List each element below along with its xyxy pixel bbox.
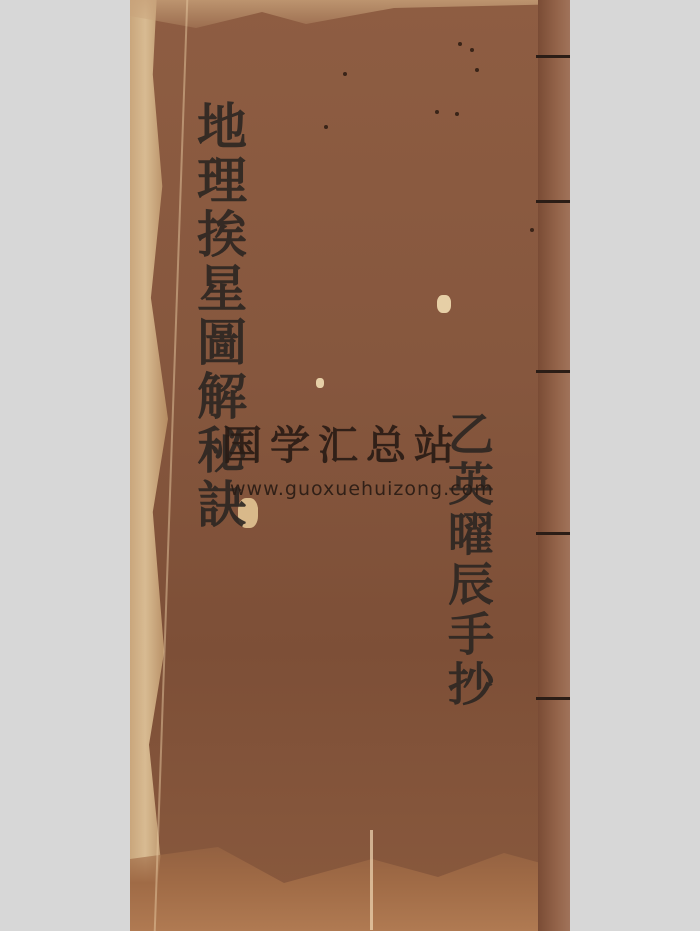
binding-thread <box>536 697 570 700</box>
watermark-site-name: 国学汇总站 <box>222 422 494 470</box>
binding-spine <box>538 0 570 931</box>
worm-hole <box>470 48 474 52</box>
worm-hole <box>435 110 439 114</box>
worm-hole <box>458 42 462 46</box>
binding-thread <box>536 370 570 373</box>
worm-hole <box>316 378 324 388</box>
worm-hole <box>437 295 451 313</box>
binding-thread <box>536 55 570 58</box>
watermark: 国学汇总站 www.guoxuehuizong.com <box>222 422 494 500</box>
binding-thread <box>536 200 570 203</box>
worm-hole <box>475 68 479 72</box>
worn-top-edge <box>130 0 570 40</box>
paper-crease <box>370 830 373 930</box>
worm-hole <box>455 112 459 116</box>
worn-bottom-edge <box>130 811 570 931</box>
worm-hole <box>343 72 347 76</box>
binding-thread <box>536 532 570 535</box>
worm-hole <box>324 125 328 129</box>
watermark-url: www.guoxuehuizong.com <box>230 478 494 500</box>
worn-left-edge <box>130 0 168 931</box>
worm-hole <box>530 228 534 232</box>
